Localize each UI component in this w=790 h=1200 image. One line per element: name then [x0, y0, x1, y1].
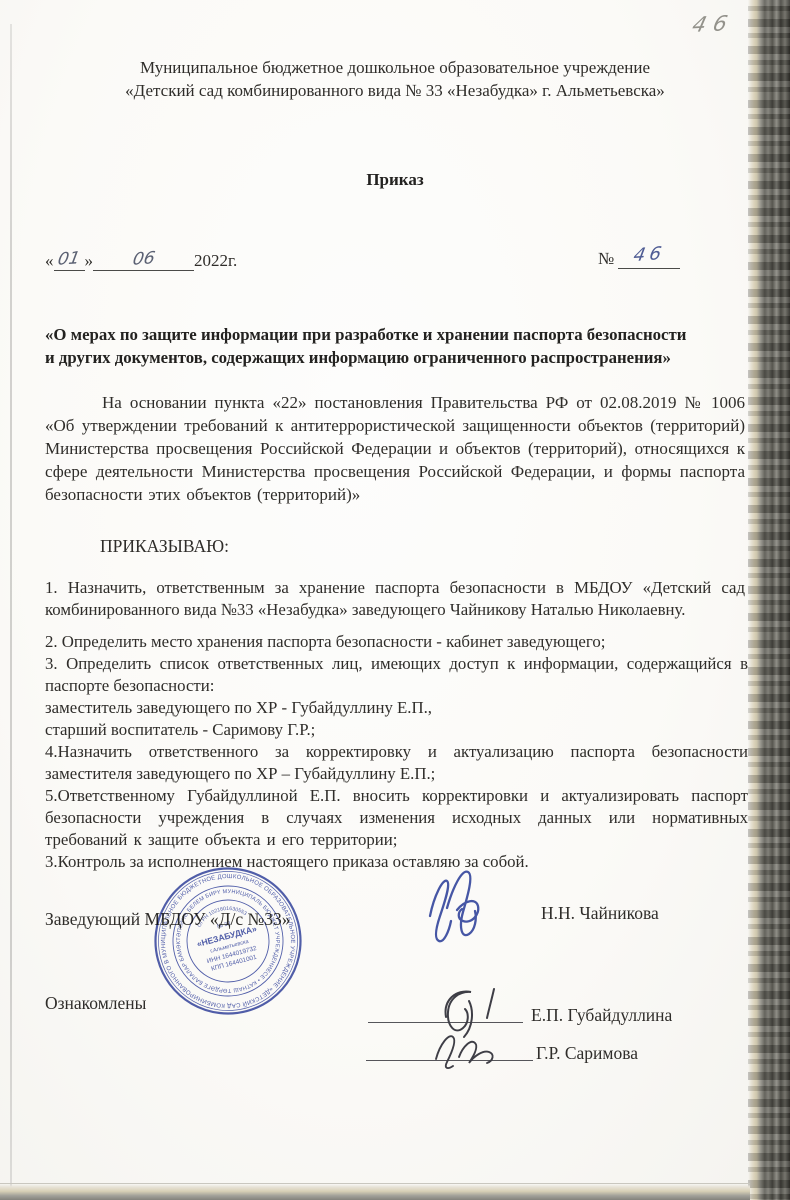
date-month-slot: 06 — [93, 249, 194, 271]
order-items-block: 2. Определить место хранения паспорта бе… — [45, 631, 748, 851]
date-row-number: № 46 — [598, 247, 680, 269]
number-label: № — [598, 249, 614, 268]
acknowledged-label: Ознакомлены — [45, 993, 146, 1014]
stamp-number-text: № 33 — [216, 921, 231, 930]
order-item-3a: заместитель заведующего по ХР - Губайдул… — [45, 697, 748, 719]
handwritten-order-number: 46 — [632, 243, 667, 266]
page-left-fold-line — [10, 24, 12, 1190]
order-item-2: 2. Определить место хранения паспорта бе… — [45, 631, 748, 653]
control-line: 3.Контроль за исполнением настоящего при… — [45, 852, 745, 872]
page-bottom-edge — [0, 1183, 750, 1200]
org-name-line2: «Детский сад комбинированного вида № 33 … — [45, 80, 745, 102]
date-close-quote: » — [85, 251, 94, 270]
date-day-slot: 01 — [54, 249, 85, 271]
order-item-5: 5.Ответственному Губайдуллиной Е.П. внос… — [45, 785, 748, 851]
resolution-word: ПРИКАЗЫВАЮ: — [100, 536, 229, 557]
order-item-1: 1. Назначить, ответственным за хранение … — [45, 577, 745, 621]
order-item-3: 3. Определить список ответственных лиц, … — [45, 653, 748, 697]
doc-title: Приказ — [45, 169, 745, 191]
handwritten-day: 01 — [56, 248, 82, 269]
subject-line2: и других документов, содержащих информац… — [45, 346, 751, 369]
date-row-left: «01»062022г. — [45, 249, 237, 271]
head-signature-ink — [416, 862, 492, 954]
date-year: 2022г. — [194, 251, 237, 270]
org-name-line1: Муниципальное бюджетное дошкольное образ… — [45, 57, 745, 79]
ack1-name: Е.П. Губайдуллина — [531, 1005, 672, 1026]
round-stamp: МУНИЦИПАЛЬНОЕ БЮДЖЕТНОЕ ДОШКОЛЬНОЕ ОБРАЗ… — [130, 843, 326, 1039]
order-number-slot: 46 — [618, 247, 680, 269]
scanned-order-page: 46 Муниципальное бюджетное дошкольное об… — [0, 0, 790, 1200]
subject-line1: «О мерах по защите информации при разраб… — [45, 323, 751, 346]
head-name: Н.Н. Чайникова — [541, 903, 659, 924]
handwritten-page-number: 46 — [693, 12, 734, 36]
order-item-3b: старший воспитатель - Саримову Г.Р.; — [45, 719, 748, 741]
svg-text:МУНИЦИПАЛЬНОЕ БЮДЖЕТНОЕ ДОШКОЛ: МУНИЦИПАЛЬНОЕ БЮДЖЕТНОЕ ДОШКОЛЬНОЕ ОБРАЗ… — [146, 859, 311, 1025]
ack2-name: Г.Р. Саримова — [536, 1043, 638, 1064]
stamp-outer-ring-text: МУНИЦИПАЛЬНОЕ БЮДЖЕТНОЕ ДОШКОЛЬНОЕ ОБРАЗ… — [146, 859, 311, 1025]
ack2-signature-ink — [426, 1026, 506, 1072]
order-item-4: 4.Назначить ответственного за корректиро… — [45, 741, 748, 785]
basis-paragraph: На основании пункта «22» постановления П… — [45, 391, 745, 506]
handwritten-month: 06 — [131, 248, 157, 269]
book-page-edges-right — [748, 0, 790, 1200]
date-open-quote: « — [45, 251, 54, 270]
